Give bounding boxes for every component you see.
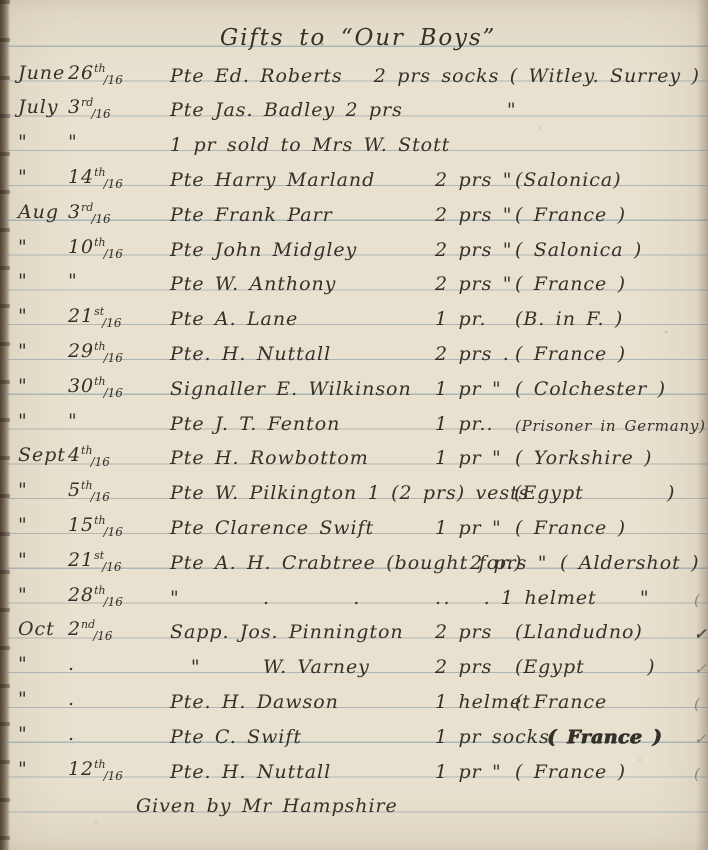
row-date: "21st/16 [18, 550, 170, 573]
gift-quantity: 2 prs " [435, 171, 515, 190]
date-day: 29 [68, 340, 94, 362]
row-date: July3rd/16 [18, 97, 170, 120]
gift-quantity: 1 pr " [435, 449, 515, 468]
gift-quantity: 2 prs " [470, 554, 560, 573]
date-day: 14 [68, 166, 94, 188]
row-date: ". [18, 654, 170, 677]
ledger-row: ". " W. Varney 2 prs (Egypt ) ✓ [8, 638, 708, 673]
check-mark: ( [694, 697, 708, 712]
date-day: " [68, 270, 78, 292]
title-row: Gifts to “Our Boys” [8, 12, 708, 47]
ledger-row: "14th/16 Pte Harry Marland 2 prs " (Salo… [8, 151, 708, 186]
date-day: 30 [68, 375, 94, 397]
date-year: /16 [102, 560, 121, 574]
row-date: Sept4th/16 [18, 445, 170, 468]
recipient-name: Pte J. T. Fenton [170, 415, 435, 434]
gift-quantity: 1 pr " [435, 519, 515, 538]
row-date: "21st/16 [18, 306, 170, 329]
gift-quantity: 1 pr " [435, 380, 515, 399]
row-entry-text: 1 pr sold to Mrs W. Stott [170, 136, 708, 155]
ledger-row: Oct2nd/16 Sapp. Jos. Pinnington 2 prs (L… [8, 604, 708, 639]
ledger-row: "21st/16 Pte A. H. Crabtree (bought for.… [8, 534, 708, 569]
ledger-row: "28th/16 " . . . . . 1 helmet " ( [8, 569, 708, 604]
ledger-content: Gifts to “Our Boys” June26th/16 Pte Ed. … [8, 12, 708, 812]
date-year: /16 [104, 769, 123, 783]
recipient-name: " W. Varney [170, 658, 435, 677]
recipient-name: Pte H. Rowbottom [170, 449, 435, 468]
ledger-row: "10th/16 Pte John Midgley 2 prs " ( Salo… [8, 221, 708, 256]
gift-quantity: . . 1 helmet [435, 589, 515, 608]
location: ( France ) [515, 519, 694, 538]
date-year: /16 [104, 247, 123, 261]
date-day: 3 [68, 96, 81, 118]
recipient-name: Pte C. Swift [170, 728, 435, 747]
ledger-page: Gifts to “Our Boys” June26th/16 Pte Ed. … [0, 0, 708, 850]
date-day: 28 [68, 584, 94, 606]
location: ( France ) [515, 206, 694, 225]
row-date: Oct2nd/16 [18, 619, 170, 642]
row-date: "14th/16 [18, 167, 170, 190]
location: (Egypt ) [515, 658, 694, 677]
date-day: 21 [68, 305, 94, 327]
date-year: /16 [91, 455, 110, 469]
gift-quantity: 2 prs . [435, 345, 515, 364]
recipient-name: Pte A. H. Crabtree (bought for.) [170, 554, 470, 573]
row-date: "29th/16 [18, 341, 170, 364]
location: ( Salonica ) [515, 241, 694, 260]
date-day: . [68, 688, 75, 710]
gift-quantity: 2 prs " [435, 241, 515, 260]
gift-quantity: 2 prs [435, 623, 515, 642]
page-title: Gifts to “Our Boys” [220, 27, 496, 50]
row-date: June26th/16 [18, 63, 170, 86]
date-day: 4 [68, 444, 81, 466]
date-day: . [68, 653, 75, 675]
recipient-name: Signaller E. Wilkinson [170, 380, 435, 399]
row-date: "" [18, 132, 170, 155]
date-month: " [18, 412, 68, 431]
date-month: " [18, 586, 68, 605]
date-month: " [18, 133, 68, 152]
check-mark: ( [694, 593, 708, 608]
location: (Prisoner in Germany) [515, 419, 694, 434]
location: ( France ) [515, 345, 694, 364]
date-year: /16 [91, 490, 110, 504]
date-day: 21 [68, 549, 94, 571]
location: (Llandudno) [515, 623, 694, 642]
recipient-name: Pte Clarence Swift [170, 519, 435, 538]
date-month: Sept [18, 446, 68, 465]
recipient-name: Pte. H. Nuttall [170, 345, 435, 364]
date-month: " [18, 760, 68, 779]
date-year: /16 [104, 595, 123, 609]
location: ( France ) [515, 275, 694, 294]
ledger-row: "" Pte J. T. Fenton 1 pr.. (Prisoner in … [8, 395, 708, 430]
check-mark: ✓ [694, 732, 708, 747]
row-entry-text: Pte Jas. Badley 2 prs " [170, 101, 708, 120]
date-year: /16 [104, 386, 123, 400]
date-month: " [18, 551, 68, 570]
date-year: /16 [104, 73, 123, 87]
row-date: "28th/16 [18, 585, 170, 608]
date-month: " [18, 377, 68, 396]
location: (B. in F. ) [515, 310, 694, 329]
location-scribbled: ( France ) [547, 728, 694, 747]
gift-quantity: 1 helmet [435, 693, 515, 712]
row-date: ". [18, 724, 170, 747]
row-date: "" [18, 411, 170, 434]
date-year: /16 [102, 316, 121, 330]
ledger-row: June26th/16 Pte Ed. Roberts 2 prs socks … [8, 47, 708, 82]
recipient-name: Pte. H. Dawson [170, 693, 435, 712]
date-month: " [18, 272, 68, 291]
date-month: " [18, 655, 68, 674]
date-day: " [68, 131, 78, 153]
recipient-name: Pte Harry Marland [170, 171, 435, 190]
row-date: "5th/16 [18, 480, 170, 503]
recipient-name: Pte Frank Parr [170, 206, 435, 225]
date-day: . [68, 723, 75, 745]
row-date: "30th/16 [18, 376, 170, 399]
row-date: "" [18, 271, 170, 294]
gift-quantity: 1 pr socks [435, 728, 547, 747]
date-day: 2 [68, 618, 81, 640]
location: (Salonica) [515, 171, 694, 190]
date-month: Oct [18, 620, 68, 639]
recipient-name: Pte. H. Nuttall [170, 763, 435, 782]
date-month: " [18, 168, 68, 187]
recipient-name: Pte A. Lane [170, 310, 435, 329]
row-date: "10th/16 [18, 237, 170, 260]
date-day: 10 [68, 236, 94, 258]
date-month: " [18, 690, 68, 709]
ledger-row: July3rd/16 Pte Jas. Badley 2 prs " [8, 82, 708, 117]
row-date: "12th/16 [18, 759, 170, 782]
ledger-row: Sept4th/16 Pte H. Rowbottom 1 pr " ( Yor… [8, 430, 708, 465]
ledger-row: ". Pte C. Swift 1 pr socks ( France ) ✓ [8, 708, 708, 743]
date-month: " [18, 342, 68, 361]
ledger-row: "" Pte W. Anthony 2 prs " ( France ) [8, 256, 708, 291]
date-day: 15 [68, 514, 94, 536]
gift-quantity: 2 prs " [435, 275, 515, 294]
recipient-name: Pte John Midgley [170, 241, 435, 260]
date-month: Aug [18, 203, 68, 222]
recipient-name: Pte W. Anthony [170, 275, 435, 294]
date-year: /16 [104, 525, 123, 539]
row-date: "15th/16 [18, 515, 170, 538]
ledger-row: "21st/16 Pte A. Lane 1 pr. (B. in F. ) [8, 290, 708, 325]
row-date: Aug3rd/16 [18, 202, 170, 225]
date-day: 5 [68, 479, 81, 501]
date-month: June [18, 64, 68, 83]
date-month: " [18, 307, 68, 326]
check-mark: ✓ [694, 627, 708, 642]
gift-quantity: 2 prs " [435, 206, 515, 225]
ditto-dots: " . . . [170, 589, 435, 608]
location: " [515, 589, 694, 608]
date-year: /16 [93, 629, 112, 643]
location: ( Aldershot ) [560, 554, 694, 573]
ledger-row: "15th/16 Pte Clarence Swift 1 pr " ( Fra… [8, 499, 708, 534]
date-day: 12 [68, 758, 94, 780]
ledger-row: "12th/16 Pte. H. Nuttall 1 pr " ( France… [8, 743, 708, 778]
gift-quantity: 1 pr. [435, 310, 515, 329]
ledger-row: "30th/16 Signaller E. Wilkinson 1 pr " (… [8, 360, 708, 395]
donor-note: Given by Mr Hampshire [136, 797, 398, 816]
location: (Egypt ) [514, 484, 694, 503]
location: ( Yorkshire ) [515, 449, 694, 468]
date-month: " [18, 238, 68, 257]
location: ( Colchester ) [515, 380, 694, 399]
gift-quantity: 2 prs [435, 658, 515, 677]
date-month: " [18, 481, 68, 500]
row-entry-text: Pte Ed. Roberts 2 prs socks ( Witley. Su… [170, 67, 708, 86]
ledger-row: ". Pte. H. Dawson 1 helmet ( France ( [8, 673, 708, 708]
ledger-row: "" 1 pr sold to Mrs W. Stott [8, 116, 708, 151]
check-mark: ✓ [694, 662, 708, 677]
date-day: " [68, 410, 78, 432]
gift-quantity: 1 pr.. [435, 415, 515, 434]
ledger-row: "29th/16 Pte. H. Nuttall 2 prs . ( Franc… [8, 325, 708, 360]
ledger-row: Aug3rd/16 Pte Frank Parr 2 prs " ( Franc… [8, 186, 708, 221]
date-year: /16 [91, 212, 110, 226]
date-year: /16 [104, 351, 123, 365]
date-day: 26 [68, 62, 94, 84]
location: ( France ) [515, 763, 694, 782]
date-year: /16 [91, 107, 110, 121]
recipient-name: Pte W. Pilkington 1 (2 prs) vests [170, 484, 514, 503]
recipient-name: Sapp. Jos. Pinnington [170, 623, 435, 642]
gift-quantity: 1 pr " [435, 763, 515, 782]
row-date: ". [18, 689, 170, 712]
date-month: July [18, 98, 68, 117]
date-day: 3 [68, 201, 81, 223]
ledger-row: "5th/16 Pte W. Pilkington 1 (2 prs) vest… [8, 464, 708, 499]
location: ( France [515, 693, 694, 712]
footer-row: Given by Mr Hampshire [8, 778, 708, 813]
date-month: " [18, 725, 68, 744]
date-month: " [18, 516, 68, 535]
check-mark: ( [694, 767, 708, 782]
date-year: /16 [104, 177, 123, 191]
